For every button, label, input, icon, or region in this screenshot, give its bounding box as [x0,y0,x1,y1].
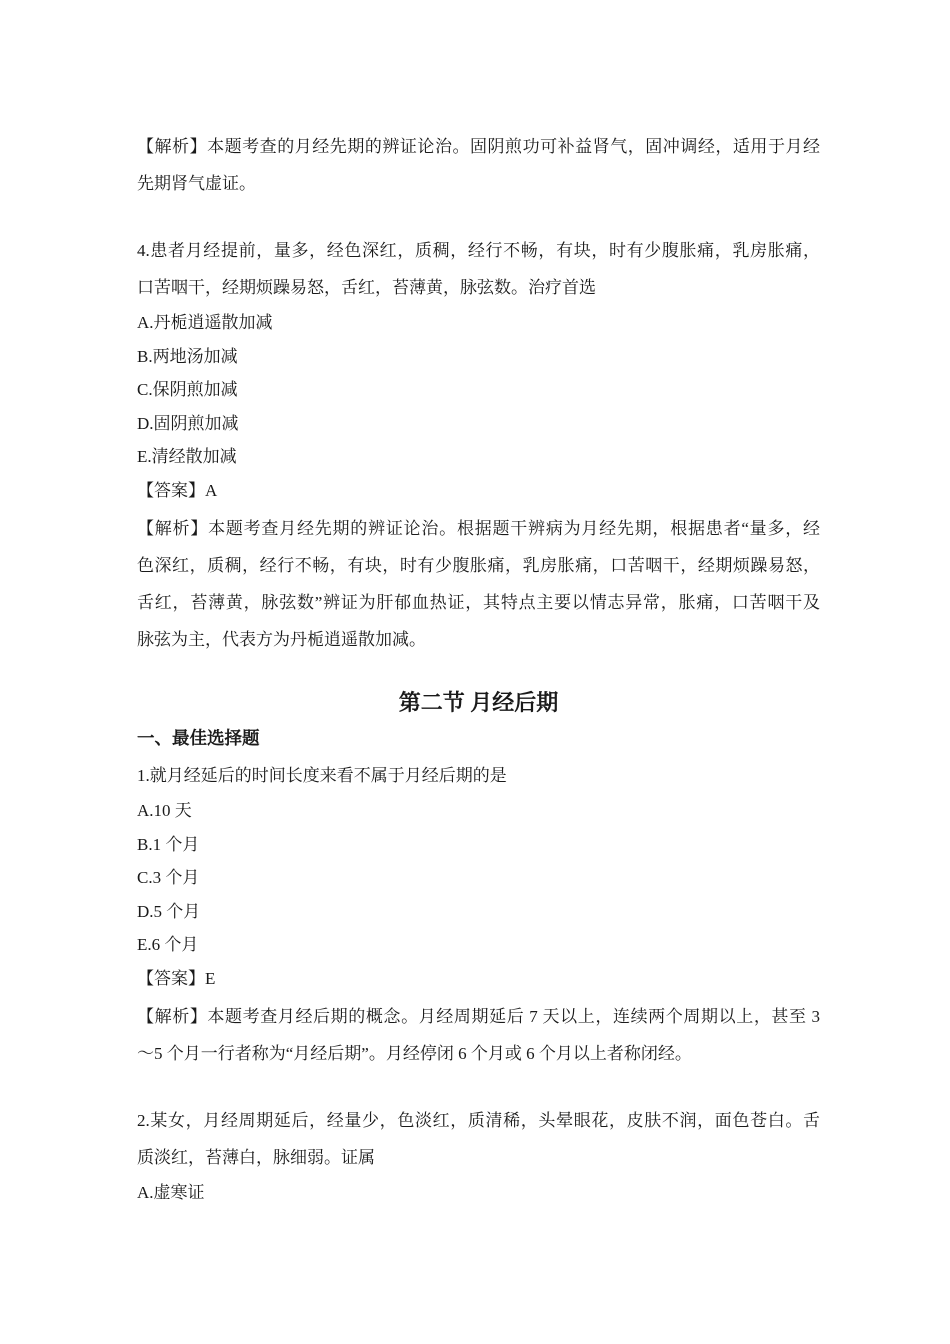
s2-q2-stem-line-1: 2.某女，月经周期延后，经量少，色淡红，质清稀，头晕眼花，皮肤不润，面色苍白。舌 [137,1102,820,1139]
document-content: 【解析】本题考查的月经先期的辨证论治。固阴煎功可补益肾气，固冲调经，适用于月经 … [137,128,820,1210]
q4-stem-line-1: 4.患者月经提前，量多，经色深红，质稠，经行不畅，有块，时有少腹胀痛，乳房胀痛， [137,232,820,269]
q4-option-a: A.丹栀逍遥散加减 [137,306,820,340]
s2-q1-option-c: C.3 个月 [137,861,820,895]
s2-q1-analysis-line-1: 【解析】本题考查月经后期的概念。月经周期延后 7 天以上，连续两个周期以上，甚至… [137,998,820,1035]
q4-analysis-line-3: 舌红，苔薄黄，脉弦数”辨证为肝郁血热证，其特点主要以情志异常，胀痛，口苦咽干及 [137,584,820,621]
q4-analysis-line-1: 【解析】本题考查月经先期的辨证论治。根据题干辨病为月经先期，根据患者“量多，经 [137,510,820,547]
q3-analysis-line-2: 先期肾气虚证。 [137,165,820,202]
q4-option-d: D.固阴煎加减 [137,407,820,441]
q4-block: 4.患者月经提前，量多，经色深红，质稠，经行不畅，有块，时有少腹胀痛，乳房胀痛，… [137,232,820,658]
document-page: 【解析】本题考查的月经先期的辨证论治。固阴煎功可补益肾气，固冲调经，适用于月经 … [0,0,950,1344]
s2-q1-option-a: A.10 天 [137,794,820,828]
section-heading: 第二节 月经后期 [137,688,820,718]
q4-stem-line-2: 口苦咽干，经期烦躁易怒，舌红，苔薄黄，脉弦数。治疗首选 [137,269,820,306]
section-subheading: 一、最佳选择题 [137,722,820,755]
blank-line [137,202,820,232]
s2-q1-option-b: B.1 个月 [137,828,820,862]
q4-option-b: B.两地汤加减 [137,340,820,374]
q3-analysis-block: 【解析】本题考查的月经先期的辨证论治。固阴煎功可补益肾气，固冲调经，适用于月经 … [137,128,820,202]
s2-q1-stem: 1.就月经延后的时间长度来看不属于月经后期的是 [137,757,820,794]
q4-option-e: E.清经散加减 [137,440,820,474]
s2-q1-analysis-line-2: ～5 个月一行者称为“月经后期”。月经停闭 6 个月或 6 个月以上者称闭经。 [137,1035,820,1072]
s2-q2-stem-line-2: 质淡红，苔薄白，脉细弱。证属 [137,1139,820,1176]
q4-analysis-line-2: 色深红，质稠，经行不畅，有块，时有少腹胀痛，乳房胀痛，口苦咽干，经期烦躁易怒， [137,547,820,584]
q4-analysis-line-4: 脉弦为主，代表方为丹栀逍遥散加减。 [137,621,820,658]
s2-q2-option-a: A.虚寒证 [137,1176,820,1210]
q4-option-c: C.保阴煎加减 [137,373,820,407]
s2-q2-block: 2.某女，月经周期延后，经量少，色淡红，质清稀，头晕眼花，皮肤不润，面色苍白。舌… [137,1102,820,1210]
q3-analysis-line-1: 【解析】本题考查的月经先期的辨证论治。固阴煎功可补益肾气，固冲调经，适用于月经 [137,128,820,165]
s2-q1-block: 1.就月经延后的时间长度来看不属于月经后期的是 A.10 天 B.1 个月 C.… [137,757,820,1072]
blank-line [137,1072,820,1102]
q4-answer: 【答案】A [137,474,820,508]
s2-q1-option-d: D.5 个月 [137,895,820,929]
s2-q1-option-e: E.6 个月 [137,928,820,962]
s2-q1-answer: 【答案】E [137,962,820,996]
